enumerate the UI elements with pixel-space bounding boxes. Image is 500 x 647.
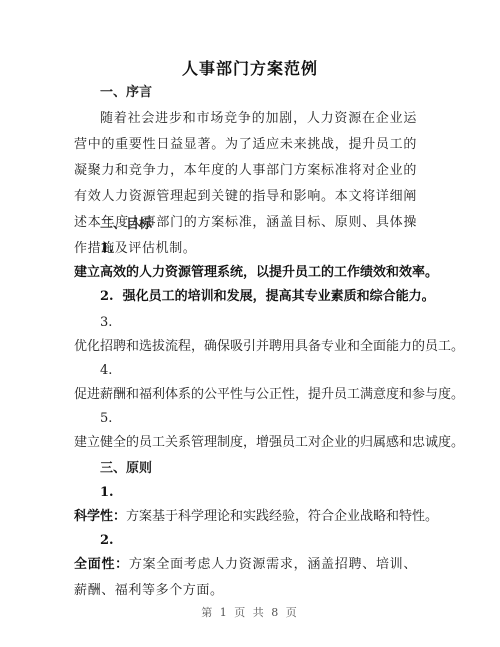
document-page: 人事部门方案范例 一、序言 随着社会进步和市场竞争的加剧，人力资源在企业运营中的…: [0, 0, 500, 647]
goal-number: 2.: [100, 289, 114, 304]
principle-item-2: 全面性：方案全面考虑人力资源需求，涵盖招聘、培训、薪酬、福利等多个方面。: [74, 552, 417, 604]
document-title: 人事部门方案范例: [0, 56, 500, 79]
goal-number: 1.: [100, 236, 445, 262]
principle-text: 方案基于科学理论和实践经验，符合企业战略和特性。: [126, 509, 438, 524]
section-heading-goals: 二、目标: [100, 212, 445, 238]
goal-text: 优化招聘和选拔流程，确保吸引并聘用具备专业和全面能力的员工。: [74, 334, 419, 360]
principle-item-1: 科学性：方案基于科学理论和实践经验，符合企业战略和特性。: [74, 504, 419, 530]
page-number-footer: 第 1 页 共 8 页: [0, 604, 500, 620]
goal-number: 5.: [100, 406, 445, 432]
goal-number: 3.: [100, 310, 445, 336]
goal-text: 建立高效的人力资源管理系统，以提升员工的工作绩效和效率。: [74, 260, 419, 286]
principle-label: 全面性：: [74, 557, 129, 572]
goal-number: 4.: [100, 358, 445, 384]
goal-text: 促进薪酬和福利体系的公平性与公正性，提升员工满意度和参与度。: [74, 382, 419, 408]
principle-number: 2.: [100, 528, 445, 554]
principle-label: 科学性：: [74, 509, 126, 524]
principle-number: 1.: [100, 480, 445, 506]
section-heading-preface: 一、序言: [100, 80, 445, 106]
goal-text: 建立健全的员工关系管理制度，增强员工对企业的归属感和忠诚度。: [74, 430, 419, 456]
section-heading-principles: 三、原则: [100, 456, 445, 482]
goal-item-2: 2. 强化员工的培训和发展，提高其专业素质和综合能力。: [100, 284, 445, 310]
goal-text: 强化员工的培训和发展，提高其专业素质和综合能力。: [123, 289, 435, 304]
